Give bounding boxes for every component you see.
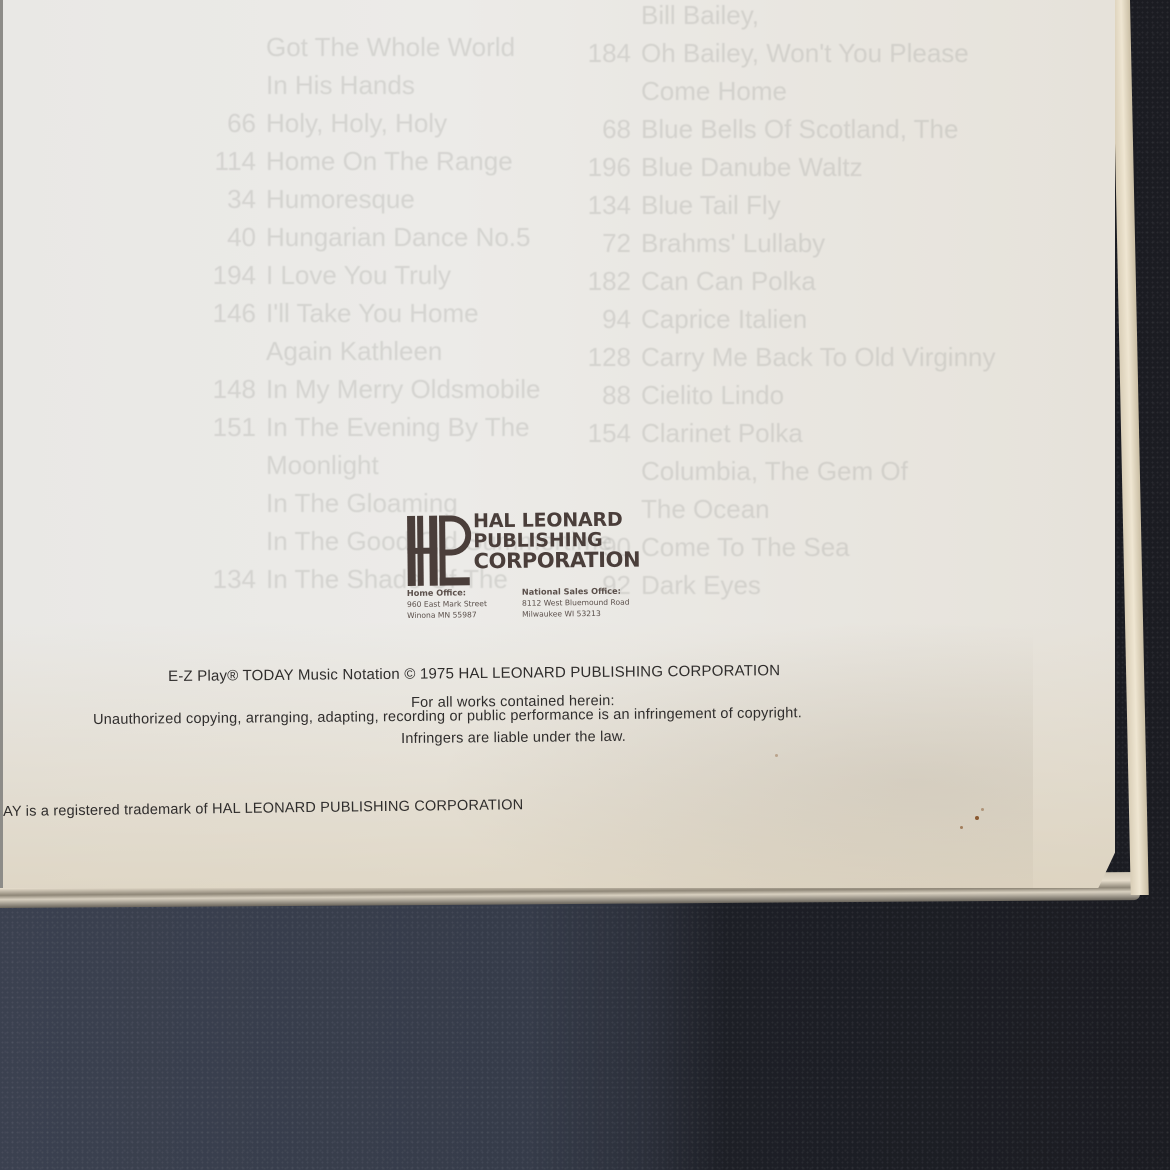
foxing-stain bbox=[960, 826, 963, 829]
home-office-address-1: 960 East Mark Street bbox=[407, 598, 487, 610]
sales-office-address-1: 8112 West Bluemound Road bbox=[522, 597, 630, 609]
show-through-entry: 114Home On The Range bbox=[198, 148, 513, 174]
sales-office: National Sales Office: 8112 West Bluemou… bbox=[522, 586, 630, 620]
show-through-entry: 154Clarinet Polka bbox=[573, 420, 803, 446]
show-through-entry: Again Kathleen bbox=[198, 338, 442, 364]
copyright-liability: Infringers are liable under the law. bbox=[401, 729, 626, 747]
foxing-stain bbox=[775, 754, 778, 757]
show-through-entry: 40Hungarian Dance No.5 bbox=[198, 224, 531, 250]
show-through-entry: 72Brahms' Lullaby bbox=[573, 230, 825, 256]
publisher-name-line-3: CORPORATION bbox=[473, 550, 640, 572]
show-through-entry: Got The Whole World bbox=[198, 34, 515, 60]
show-through-entry: 128Carry Me Back To Old Virginny bbox=[573, 344, 996, 370]
show-through-entry: 151In The Evening By The bbox=[198, 414, 530, 440]
show-through-entry: 34Humoresque bbox=[198, 186, 415, 212]
show-through-entry: 182Can Can Polka bbox=[573, 268, 816, 294]
show-through-entry: 134Blue Tail Fly bbox=[573, 192, 781, 218]
home-office-address-2: Winona MN 55987 bbox=[407, 609, 487, 621]
copyright-notation: E-Z Play® TODAY Music Notation © 1975 HA… bbox=[168, 662, 780, 685]
foxing-stain bbox=[981, 808, 984, 811]
show-through-entry: Columbia, The Gem Of bbox=[573, 458, 908, 484]
copyright-warning: Unauthorized copying, arranging, adaptin… bbox=[93, 705, 802, 728]
publisher-name-line-1: HAL LEONARD bbox=[473, 510, 640, 532]
show-through-entry: In His Hands bbox=[198, 72, 415, 98]
show-through-entry: 196Blue Danube Waltz bbox=[573, 154, 863, 180]
sales-office-address-2: Milwaukee WI 53213 bbox=[522, 608, 630, 620]
publisher-logo: HAL LEONARD PUBLISHING CORPORATION Home … bbox=[403, 507, 664, 625]
show-through-entry: 88Cielito Lindo bbox=[573, 382, 784, 408]
show-through-entry: Come Home bbox=[573, 78, 787, 104]
show-through-entry: 148In My Merry Oldsmobile bbox=[198, 376, 541, 402]
page-edge-right bbox=[1112, 0, 1149, 895]
publisher-name: HAL LEONARD PUBLISHING CORPORATION bbox=[473, 510, 640, 572]
show-through-entry: Bill Bailey, bbox=[573, 2, 759, 28]
show-through-entry: 194I Love You Truly bbox=[198, 262, 451, 288]
hl-monogram-icon bbox=[405, 511, 472, 590]
foxing-stain bbox=[975, 816, 979, 820]
show-through-entry: 146I'll Take You Home bbox=[198, 300, 479, 326]
home-office: Home Office: 960 East Mark Street Winona… bbox=[407, 587, 487, 621]
show-through-entry: Moonlight bbox=[198, 452, 379, 478]
show-through-entry: 94Caprice Italien bbox=[573, 306, 807, 332]
show-through-entry: 184Oh Bailey, Won't You Please bbox=[573, 40, 969, 66]
show-through-entry: 68Blue Bells Of Scotland, The bbox=[573, 116, 958, 142]
book-page: Got The Whole WorldIn His Hands66Holy, H… bbox=[0, 0, 1115, 888]
home-office-label: Home Office: bbox=[407, 587, 487, 599]
trademark-notice: AY is a registered trademark of HAL LEON… bbox=[3, 797, 523, 820]
show-through-entry: 66Holy, Holy, Holy bbox=[198, 110, 447, 136]
page-shadow bbox=[433, 620, 1033, 890]
